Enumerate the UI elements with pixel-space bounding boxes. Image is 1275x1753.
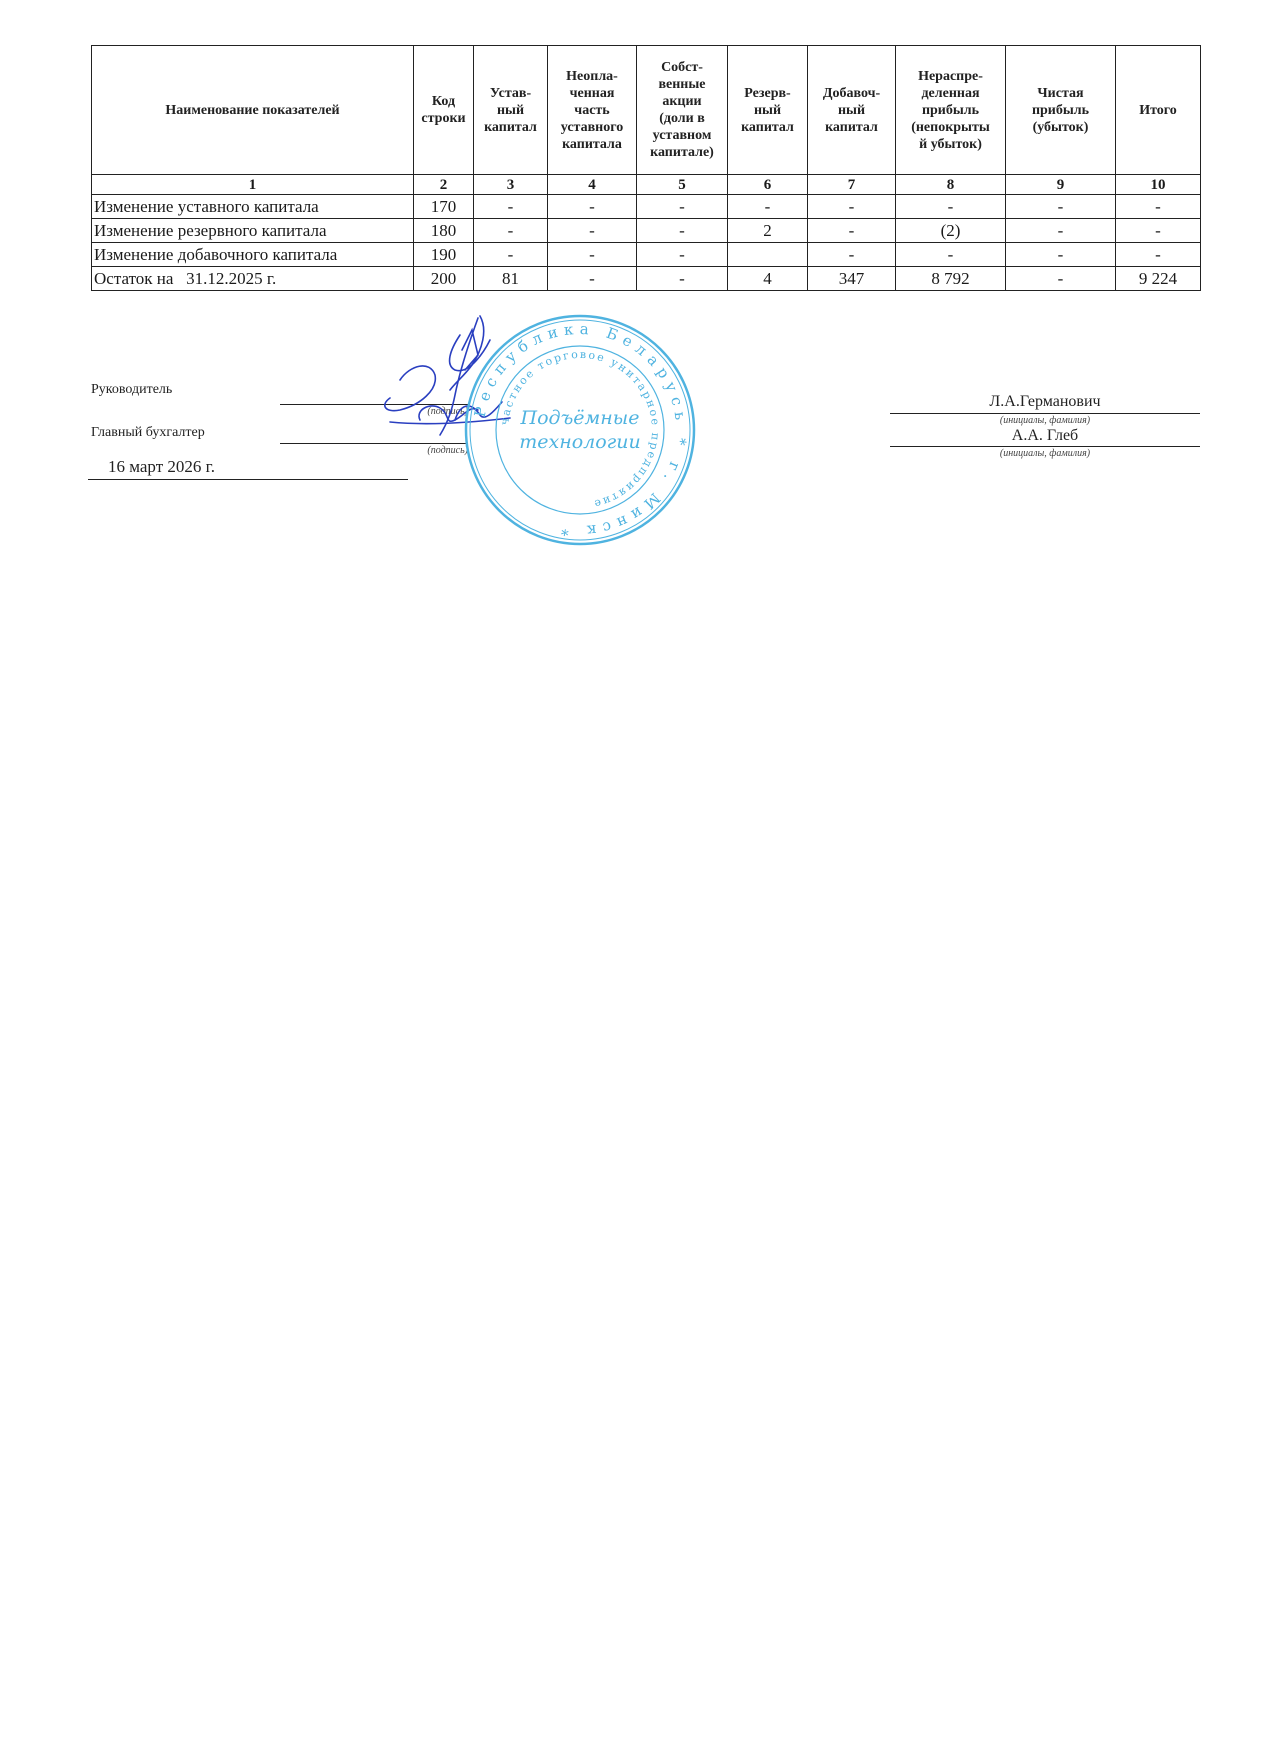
column-header-line: уставного [551,119,633,136]
row-value: - [1006,195,1116,219]
column-number: 10 [1116,175,1201,195]
table-row: Изменение добавочного капитала190------- [92,243,1201,267]
column-number-row: 12345678910 [92,175,1201,195]
director-label: Руководитель [91,382,172,398]
column-number: 2 [414,175,474,195]
column-header-line: прибыль [899,102,1002,119]
row-value: - [1116,219,1201,243]
column-header-line: ный [731,102,804,119]
column-header-line: капитала [551,136,633,153]
column-header: Устав-ныйкапитал [474,46,548,175]
column-header-line: (непокрыты [899,119,1002,136]
row-value: 4 [728,267,808,291]
column-header-line: Наименование показателей [95,102,410,119]
column-header-line: капитал [477,119,544,136]
row-value: 347 [808,267,896,291]
column-header-line: уставном [640,127,724,144]
column-header-line: Собст- [640,59,724,76]
row-code: 180 [414,219,474,243]
row-value: - [808,195,896,219]
column-header-line: часть [551,102,633,119]
column-header-line: капитале) [640,144,724,161]
stamp-center-line2: технологии [519,431,641,453]
table-row: Остаток на 31.12.2025 г.20081--43478 792… [92,267,1201,291]
column-header-line: Неопла- [551,68,633,85]
row-name: Изменение резервного капитала [92,219,414,243]
table-row: Изменение уставного капитала170-------- [92,195,1201,219]
column-header: Кодстроки [414,46,474,175]
accountant-name: А.А. Глеб [890,427,1200,445]
column-header: Итого [1116,46,1201,175]
column-header-line: й убыток) [899,136,1002,153]
row-value: 9 224 [1116,267,1201,291]
column-header-line: деленная [899,85,1002,102]
row-value: 8 792 [896,267,1006,291]
column-header-line: капитал [811,119,892,136]
column-header: Собст-венныеакции(доли вуставномкапитале… [637,46,728,175]
row-value: - [637,267,728,291]
table-header-row: Наименование показателейКодстрокиУстав-н… [92,46,1201,175]
director-name: Л.А.Германович [890,393,1200,411]
column-header-line: Чистая [1009,85,1112,102]
table-row: Изменение резервного капитала180---2-(2)… [92,219,1201,243]
row-value: - [1116,195,1201,219]
accountant-label: Главный бухгалтер [91,425,205,441]
column-number: 3 [474,175,548,195]
capital-changes-table: Наименование показателейКодстрокиУстав-н… [91,45,1201,291]
column-header-line: прибыль [1009,102,1112,119]
row-name: Изменение добавочного капитала [92,243,414,267]
row-value: - [548,243,637,267]
column-header-line: венные [640,76,724,93]
row-value: - [1006,267,1116,291]
row-name: Остаток на 31.12.2025 г. [92,267,414,291]
column-header-line: строки [417,110,470,127]
row-code: 170 [414,195,474,219]
row-value: - [474,219,548,243]
row-value: - [637,219,728,243]
column-header: Неопла-ченнаячастьуставногокапитала [548,46,637,175]
row-value [728,243,808,267]
column-number: 1 [92,175,414,195]
row-value: 81 [474,267,548,291]
company-stamp-icon: Республика Беларусь * г. Минск * частное… [462,312,698,548]
stamp-center-line1: Подъёмные [520,407,640,429]
stamp-inner-text: частное торговое унитарное предприятие [498,348,662,511]
column-header: Добавоч-ныйкапитал [808,46,896,175]
column-header-line: Резерв- [731,85,804,102]
column-header: Нераспре-деленнаяприбыль(непокрытый убыт… [896,46,1006,175]
row-value: - [548,195,637,219]
row-value: - [808,219,896,243]
row-value: - [474,243,548,267]
column-header-line: Нераспре- [899,68,1002,85]
column-header: Наименование показателей [92,46,414,175]
column-number: 6 [728,175,808,195]
column-header-line: (доли в [640,110,724,127]
date-line [88,479,408,480]
column-number: 9 [1006,175,1116,195]
row-value: - [1116,243,1201,267]
column-header-line: акции [640,93,724,110]
column-header-line: Устав- [477,85,544,102]
column-header-line: (убыток) [1009,119,1112,136]
row-value: - [548,219,637,243]
column-header-line: Код [417,93,470,110]
row-value: (2) [896,219,1006,243]
column-header-line: ченная [551,85,633,102]
column-header-line: ный [477,102,544,119]
column-header: Резерв-ныйкапитал [728,46,808,175]
row-value: - [896,195,1006,219]
row-code: 200 [414,267,474,291]
accountant-name-line [890,446,1200,447]
svg-text:частное торговое унитарное пре: частное торговое унитарное предприятие [498,348,662,511]
row-value: - [637,243,728,267]
row-value: - [1006,243,1116,267]
column-number: 5 [637,175,728,195]
row-value: - [1006,219,1116,243]
column-number: 8 [896,175,1006,195]
column-header: Чистаяприбыль(убыток) [1006,46,1116,175]
report-date: 16 март 2026 г. [108,457,215,477]
column-number: 7 [808,175,896,195]
row-name: Изменение уставного капитала [92,195,414,219]
row-value: - [637,195,728,219]
row-value: - [548,267,637,291]
column-header-line: ный [811,102,892,119]
accountant-name-caption: (инициалы, фамилия) [890,448,1200,459]
director-name-line [890,413,1200,414]
row-code: 190 [414,243,474,267]
row-value: 2 [728,219,808,243]
row-value: - [896,243,1006,267]
column-number: 4 [548,175,637,195]
column-header-line: капитал [731,119,804,136]
column-header-line: Итого [1119,102,1197,119]
column-header-line: Добавоч- [811,85,892,102]
row-value: - [474,195,548,219]
report-page: Наименование показателейКодстрокиУстав-н… [0,0,1275,1753]
director-name-caption: (инициалы, фамилия) [890,415,1200,426]
row-value: - [728,195,808,219]
row-value: - [808,243,896,267]
